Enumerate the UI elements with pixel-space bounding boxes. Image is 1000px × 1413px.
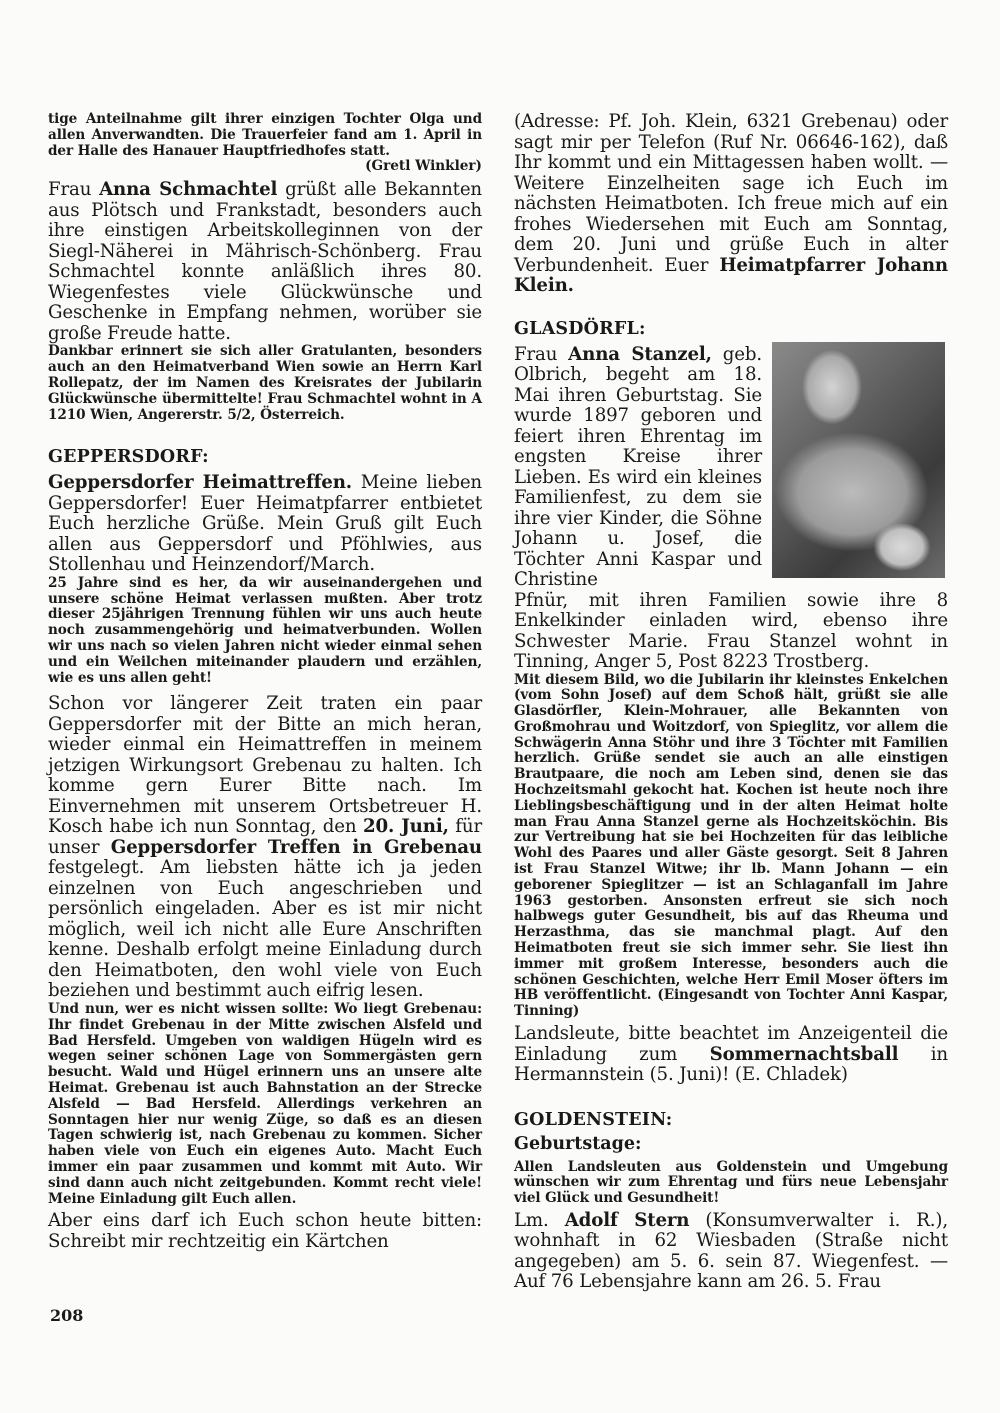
photo-anna-stanzel-with-grandchild xyxy=(772,342,945,578)
address-contact: (Adresse: Pf. Joh. Klein, 6321 Grebenau)… xyxy=(514,112,948,297)
summer-ball-notice: Landsleute, bitte beachtet im Anzeigente… xyxy=(514,1024,948,1086)
section-heading-geppersdorf: GEPPERSDORF: xyxy=(48,447,482,467)
stanzel-birthday-float: Frau Anna Stanzel, geb. Olbrich, begeht … xyxy=(514,345,762,591)
grebenau-directions: Und nun, wer es nicht wissen sollte: Wo … xyxy=(48,1002,482,1207)
obituary-ending: tige Anteilnahme gilt ihrer einzigen Toc… xyxy=(48,112,482,159)
geppersdorf-25-years: 25 Jahre sind es her, da wir auseinander… xyxy=(48,576,482,687)
geppersdorf-invitation: Schon vor längerer Zeit traten ein paar … xyxy=(48,694,482,1002)
page-number: 208 xyxy=(50,1306,83,1325)
schmachtel-thanks: Dankbar erinnert sie sich aller Gratulan… xyxy=(48,344,482,423)
person-name: Adolf Stern xyxy=(565,1210,690,1231)
event-date: 20. Juni, xyxy=(363,816,449,837)
author-signature: (Gretl Winkler) xyxy=(48,159,482,174)
person-name: Anna Stanzel, xyxy=(568,344,712,365)
schmachtel-greeting: Frau Anna Schmachtel grüßt alle Bekannte… xyxy=(48,180,482,344)
request-postcard: Aber eins darf ich Euch schon heute bitt… xyxy=(48,1211,482,1252)
event-name: Sommernachtsball xyxy=(710,1044,899,1065)
right-column: (Adresse: Pf. Joh. Klein, 6321 Grebenau)… xyxy=(514,112,948,1293)
event-name: Geppersdorfer Treffen in Grebenau xyxy=(111,837,482,858)
person-name: Anna Schmachtel xyxy=(99,179,277,200)
geppersdorf-intro: Geppersdorfer Heimattreffen. Meine liebe… xyxy=(48,473,482,576)
goldenstein-wishes: Allen Landsleuten aus Goldenstein und Um… xyxy=(514,1160,948,1207)
subheading-birthdays: Geburtstage: xyxy=(514,1134,948,1154)
article-title: Geppersdorfer Heimattreffen. xyxy=(48,472,352,493)
section-heading-glasdoerfl: GLASDÖRFL: xyxy=(514,319,948,339)
stanzel-photo-caption: Mit diesem Bild, wo die Jubilarin ihr kl… xyxy=(514,673,948,1021)
left-column: tige Anteilnahme gilt ihrer einzigen Toc… xyxy=(48,112,482,1252)
stanzel-birthday-rest: Pfnür, mit ihren Familien sowie ihre 8 E… xyxy=(514,591,948,673)
stern-birthday: Lm. Adolf Stern (Konsumverwalter i. R.),… xyxy=(514,1211,948,1293)
section-heading-goldenstein: GOLDENSTEIN: xyxy=(514,1110,948,1130)
